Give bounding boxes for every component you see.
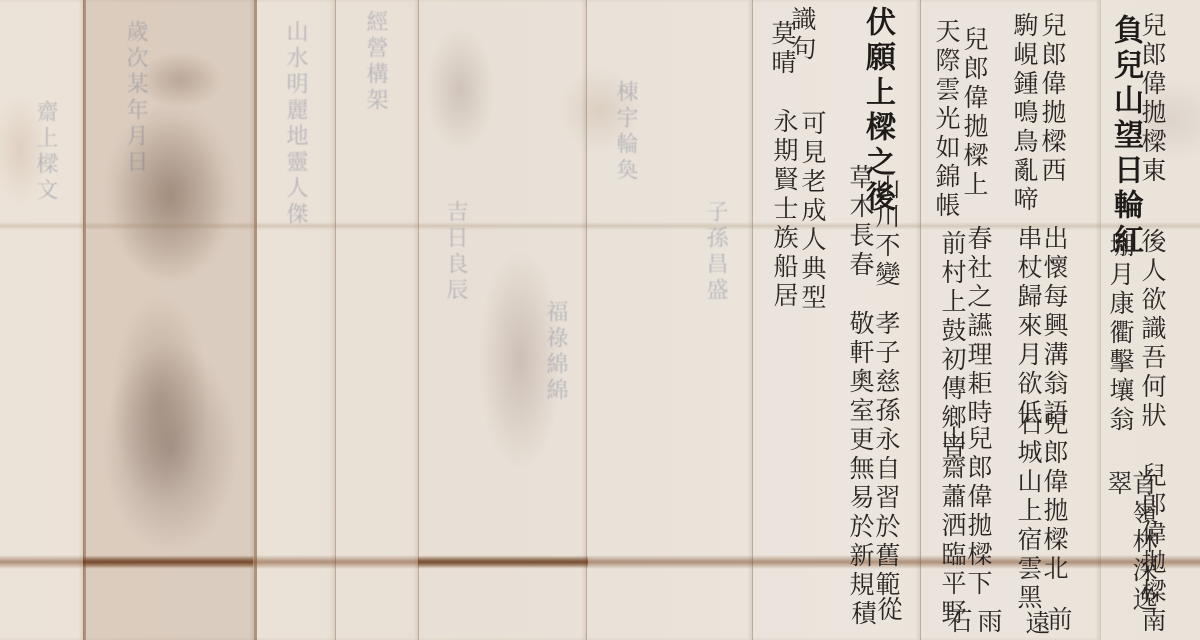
stained-paper-panel [83, 0, 257, 640]
text-column: 積 [850, 600, 875, 629]
text-column: 負兒山望日輪紅 [1110, 14, 1140, 259]
text-column: 春社之讌理耟時 [966, 225, 991, 428]
text-column: 後人欲識吾何狀 [1140, 228, 1165, 431]
text-column: 永期賢士族船居 [772, 108, 797, 311]
text-column: 雨 [976, 608, 1001, 637]
faded-text-column: 齋上樑文 [30, 100, 61, 204]
text-column: 石城山上宿雲黑 [1016, 410, 1041, 613]
text-column: 兒郎偉拋樑上 [962, 26, 987, 200]
text-column: 莫晴 [770, 20, 795, 78]
dark-stain-band [83, 556, 253, 568]
text-column: 兒郎偉拋樑東 [1140, 12, 1165, 186]
text-column: 兒郎偉拋樑下 [966, 425, 991, 599]
faded-text-column: 歲次某年月日 [120, 20, 151, 176]
text-column: 前 [1046, 606, 1071, 635]
text-column: 兒郎偉拋樑西 [1040, 12, 1065, 186]
text-column: 天際雲光如錦帳 [934, 18, 959, 221]
faded-text-column: 吉日良辰 [440, 200, 471, 304]
text-column: 出懷每興溝翁語 [1042, 225, 1067, 428]
text-column: 串杖歸來月欲低 [1016, 225, 1041, 428]
faded-text-column: 山水明麗地靈人傑 [280, 20, 311, 228]
text-column: 堋月康衢擊壤翁 [1108, 232, 1133, 435]
text-column: 山川不變 [874, 174, 899, 290]
text-column: 石 [946, 608, 971, 637]
text-column: 孝子慈孫永自習於舊範 [874, 310, 899, 600]
dark-stain-band [418, 556, 588, 568]
faded-text-column: 棟宇輪奐 [610, 80, 641, 184]
faded-text-column: 經營構架 [360, 10, 391, 114]
text-column: 可見老成人典型 [800, 110, 825, 313]
text-column: 兒郎偉拋樑北 [1042, 410, 1067, 584]
manuscript-photo: 齋上樑文 歲次某年月日 山水明麗地靈人傑 經營構架 吉日良辰 棟宇輪奐 子孫昌盛… [0, 0, 1200, 640]
faded-text-column: 子孫昌盛 [700, 200, 731, 304]
text-column: 首嶺林深逸翠 [1106, 470, 1156, 640]
text-column: 山齋蕭洒臨平野 [940, 425, 965, 628]
text-column: 駒峴鍾鳴鳥亂啼 [1012, 12, 1037, 215]
text-column: 草木長春 [848, 164, 873, 280]
text-column: 從 [876, 596, 901, 625]
text-column: 敬軒奧室更無易於新規 [848, 310, 873, 600]
paper-panel [0, 0, 84, 640]
faded-text-column: 福祿綿綿 [540, 300, 571, 404]
